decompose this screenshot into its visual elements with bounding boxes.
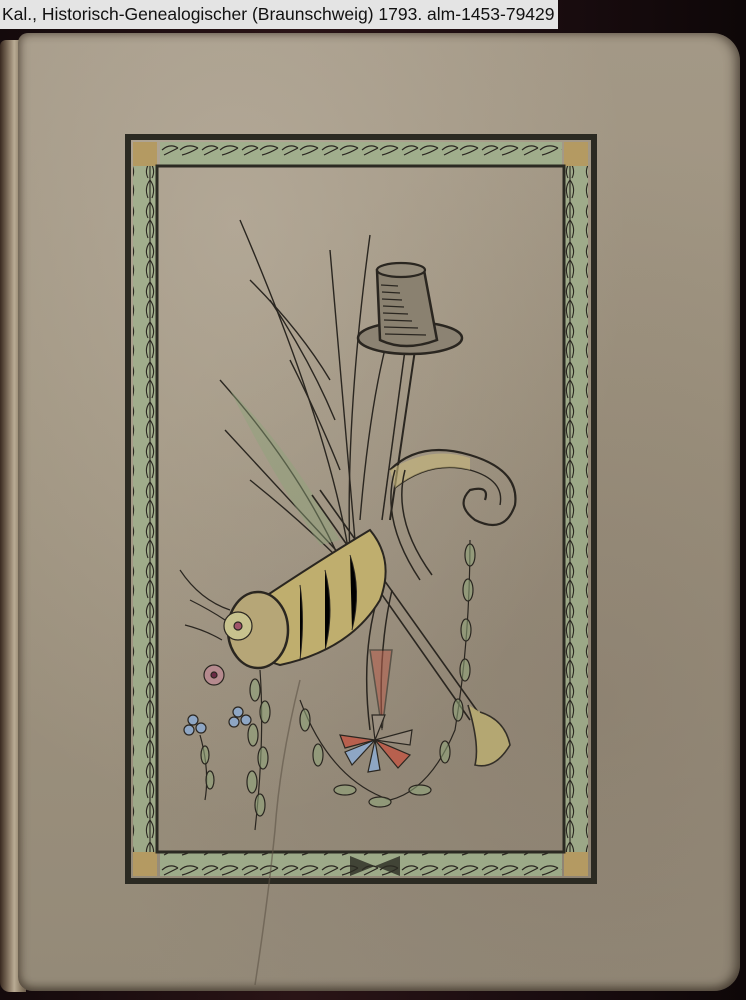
cornucopia (228, 530, 386, 668)
image-caption: Kal., Historisch-Genealogischer (Braunsc… (0, 0, 558, 29)
staff (382, 350, 415, 520)
woodcut-illustration (0, 0, 746, 1000)
curled-horn (390, 450, 515, 525)
top-hat-icon (358, 263, 462, 354)
